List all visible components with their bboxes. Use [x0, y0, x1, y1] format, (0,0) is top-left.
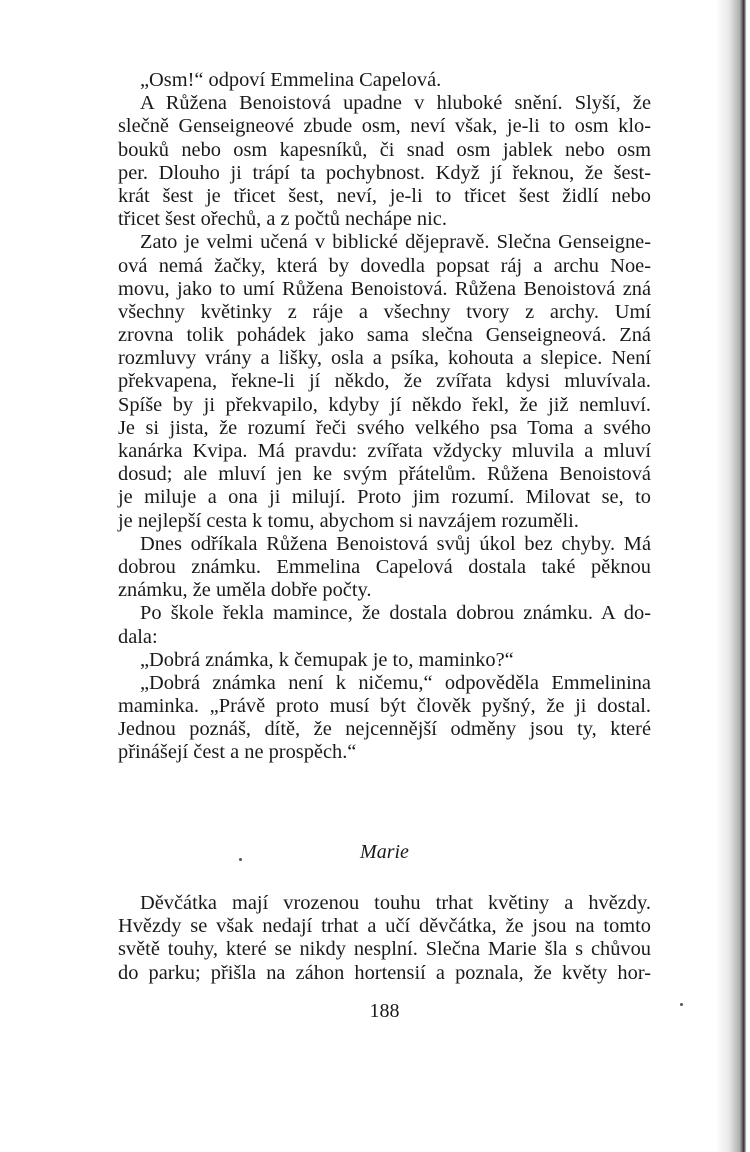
text-line: bouků nebo osm kapesníků, či snad osm ja… [118, 139, 651, 162]
text-line: Spíše by ji překvapilo, kdyby jí někdo ř… [118, 394, 651, 417]
text-line: třicet šest ořechů, a z počtů nechápe ni… [118, 208, 651, 231]
text-line: Zato je velmi učená v biblické dějepravě… [118, 231, 651, 254]
text-line: „Dobrá známka, k čemupak je to, maminko?… [118, 649, 651, 672]
text-line: „Dobrá známka není k ničemu,“ odpověděla… [118, 672, 651, 695]
text-line: do parku; přišla na záhon hortensií a po… [118, 962, 651, 985]
scan-speck [239, 858, 242, 861]
text-line: překvapena, řekne-li jí někdo, že zvířat… [118, 370, 651, 393]
text-line: je miluje a ona ji milují. Proto jim roz… [118, 486, 651, 509]
text-line: Hvězdy se však nedají trhat a učí děvčát… [118, 915, 651, 938]
text-line: známku, že uměla dobře počty. [118, 579, 651, 602]
text-line: kanárka Kvipa. Má pravdu: zvířata vždyck… [118, 440, 651, 463]
text-line: Po škole řekla mamince, že dostala dobro… [118, 602, 651, 625]
text-line: Dnes odříkala Růžena Benoistová svůj úko… [118, 533, 651, 556]
text-line: ová nemá žačky, která by dovedla popsat … [118, 255, 651, 278]
text-line: movu, jako to umí Růžena Benoistová. Růž… [118, 278, 651, 301]
text-line: A Růžena Benoistová upadne v hluboké sně… [118, 92, 651, 115]
text-line: krát šest je třicet šest, neví, je-li to… [118, 185, 651, 208]
text-line: přinášejí čest a ne prospěch.“ [118, 741, 651, 764]
text-line: dobrou známku. Emmelina Capelová dostala… [118, 556, 651, 579]
book-page: „Osm!“ odpoví Emmelina Capelová.A Růžena… [0, 0, 750, 1152]
text-line: je nejlepší cesta k tomu, abychom si nav… [118, 510, 651, 533]
page-number: 188 [118, 1000, 651, 1023]
text-line: Jednou poznáš, dítě, že nejcennější odmě… [118, 718, 651, 741]
text-line: slečně Genseigneové zbude osm, neví však… [118, 115, 651, 138]
text-line: maminka. „Právě proto musí být člověk py… [118, 695, 651, 718]
section-heading: Marie [118, 841, 651, 864]
scan-speck [680, 1003, 683, 1006]
text-line: dosud; ale mluví jen ke svým přátelům. R… [118, 463, 651, 486]
text-line: zrovna tolik pohádek jako sama slečna Ge… [118, 324, 651, 347]
text-line: Je si jista, že rozumí řeči svého velkéh… [118, 417, 651, 440]
text-line: Děvčátka mají vrozenou touhu trhat květi… [118, 892, 651, 915]
body-text-part2: Děvčátka mají vrozenou touhu trhat květi… [118, 892, 651, 985]
text-line: světě touhy, které se nikdy nesplní. Sle… [118, 938, 651, 961]
body-text-part1: „Osm!“ odpoví Emmelina Capelová.A Růžena… [118, 69, 651, 765]
text-line: dala: [118, 626, 651, 649]
page-gutter-shadow [716, 0, 750, 1152]
text-line: per. Dlouho ji trápí ta pochybnost. Když… [118, 162, 651, 185]
text-line: „Osm!“ odpoví Emmelina Capelová. [118, 69, 651, 92]
text-line: všechny květinky z ráje a všechny tvory … [118, 301, 651, 324]
text-line: rozmluvy vrány a lišky, osla a psíka, ko… [118, 347, 651, 370]
